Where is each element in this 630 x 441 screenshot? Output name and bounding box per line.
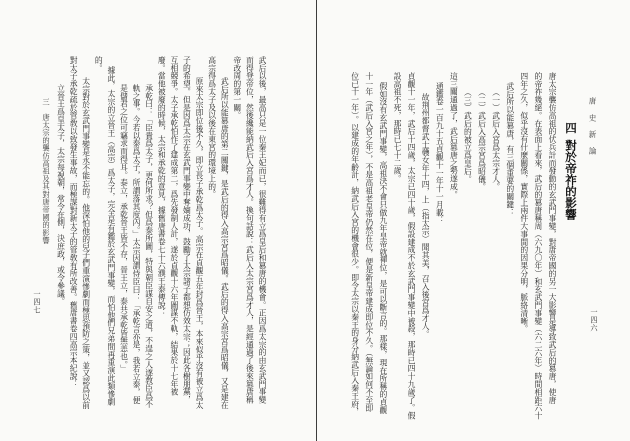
text-column: 高宗得爲太子及以後在東宮的環境上的。 — [205, 56, 218, 416]
text-column: 的帝祚幾絕。在表面上看來，武后的篡唐稱周（六九〇年）和玄武門事變（六二六年）時間… — [531, 72, 545, 436]
text-column: 互相競爭。太子承乾怕作了建成第二，爲先發制人計，遂於貞觀十六年圖謀不軌，結果於十… — [167, 56, 180, 416]
text-column: 對太子承乾疏於管敎以致發生事故，而極謀對新太子的管敎有所改善。舊唐書卷四高宗本紀… — [67, 56, 80, 416]
text-column: 假如沒有玄武門事變，高祖決不會只做九年皇帝就禪位，是可以斷言的。那樣，現在所稱的… — [376, 72, 390, 436]
text-column: 貞觀十一年，武后十四歲，太宗已四十歲，假設建成不於玄武門事變中被殺，那時已四十九… — [404, 72, 418, 436]
running-header-book-title: 唐史新論 — [587, 97, 598, 163]
book-spread: 武后以後，最高只是一位秦王妃而已，很難得有立爲皇后和篡唐的機會。正因爲太宗的由玄… — [0, 0, 630, 441]
text-column: 四年之久，似乎沒有什麼關係，實際上兩件大事間的因果分明，脈絡清晰。 — [517, 72, 531, 436]
text-column: 武后所以能篡唐，有三個重要的關鍵： — [503, 72, 517, 436]
text-column: 的。 — [92, 56, 105, 416]
section-heading: 四對於帝祚的影響 — [563, 122, 578, 220]
page-right: 唐史新論 四對於帝祚的影響 唐太宗襲仿高祖的伏兵計而發動的玄武門事變，對唐帝國的… — [317, 0, 630, 441]
text-column: 而得登帝位，然後纔能納武后入宮爲才人。換句話說：武后入太宗宮爲才人，是經通過了後… — [243, 56, 256, 416]
text-column: 武后所以能篡唐的第二關鍵，是武后的得入高宗宮爲昭儀。武后的得入高宗宮爲昭儀，又是… — [218, 56, 231, 416]
text-column: 據此，太宗的立晉王（高宗）爲太子，完全是有鑑於玄武門事變，而怕他們兄弟間再重演此… — [104, 56, 117, 416]
section-title: 對於帝祚的影響 — [564, 140, 578, 221]
text-column: 通鑑卷一百九十五貞觀十一年十一月載： — [432, 72, 446, 436]
text-column: 唐太宗襲仿高祖的伏兵計而發動的玄武門事變，對唐帝國的另一大影響是導致武后的篡唐，… — [545, 72, 559, 436]
text-column: 設高祖不死，那時已七十二歲。 — [390, 72, 404, 436]
text-column: （二）武后入高宗宮爲昭儀。 — [474, 72, 488, 436]
text-column: 武后以後，最高只是一位秦王妃而已，很難得有立爲皇后和篡唐的機會。正因爲太宗的由玄… — [255, 56, 268, 416]
chapter-footer-title: 三 唐太宗的襲仿高祖及其對唐帝國的影響 — [41, 98, 51, 244]
text-column: 十一年（武后入宮之年），不是高祖老皇帝仍然在位，便是新皇帝建成即位不久。（無論如… — [362, 72, 376, 436]
right-page-number: 一四六 — [589, 308, 599, 333]
text-column: （一）武后入宮爲太宗才人。 — [489, 72, 503, 436]
left-page-number: 一四七 — [32, 290, 42, 315]
page-left: 武后以後，最高只是一位秦王妃而已，很難得有立爲皇后和篡唐的機會。正因爲太宗的由玄… — [0, 0, 316, 441]
text-column: 子的希望。但是因爲太宗在玄武門事變中奪嫡成功，鼓勵了太宗諸子都想仿效太宗；因此各… — [180, 56, 193, 416]
text-column: 位已十一年）。以建成的年齡計，納武后入宮的機會很少。即令太宗以秦王的身分納武后入… — [348, 72, 362, 436]
section-number: 四 — [563, 122, 578, 134]
text-column: 廢。當他被廢的時候，太宗和承乾的意見，據舊唐書卷七十六濮王泰傳說： — [155, 56, 168, 416]
text-column: （三）武后的被立爲皇后。 — [460, 72, 474, 436]
text-column: 立晉王爲皇太子，太宗每視朝，常令在側，決庶政，或令參議。 — [54, 56, 67, 416]
text-column: 故荆州都督武士彠女年十四，上（指太宗）聞其美，召入後宮爲才人。 — [418, 72, 432, 436]
text-column: 軌之事。今若以泰爲太子，所謂落其度內。」太宗因謂侍臣曰：「承乾言亦是，我若立泰，… — [129, 56, 142, 416]
text-column: 是儲君之位可竊求而得耳。泰立，承乾晉王皆不存，晉王立，泰共承乾皆無恙也。」 — [117, 56, 130, 416]
text-column: 原來太宗即位後不久，即立長子承乾爲太子。高宗在貞觀五年封爲晉王，本來似乎沒有被立… — [192, 56, 205, 416]
left-page-text: 武后以後，最高只是一位秦王妃而已，很難得有立爲皇后和篡唐的機會。正因爲太宗的由玄… — [53, 56, 268, 416]
text-column: 承乾曰：「臣貴爲太子，更何所求？但爲泰所圖，特與朝臣謀自安之道，不逞之人遂敎臣爲… — [142, 56, 155, 416]
text-column: 這三關通過了，武后篡唐之勢遂成。 — [446, 72, 460, 436]
text-column: 帝改周的第一關。 — [230, 56, 243, 416]
right-page-text: 唐太宗襲仿高祖的伏兵計而發動的玄武門事變，對唐帝國的另一大影響是導致武后的篡唐，… — [347, 72, 559, 436]
text-column: 太宗對於玄武門事變是永不能忘的。他深怕他的兒子們重演慘劇而極思預防之策，並又認爲… — [79, 56, 92, 416]
